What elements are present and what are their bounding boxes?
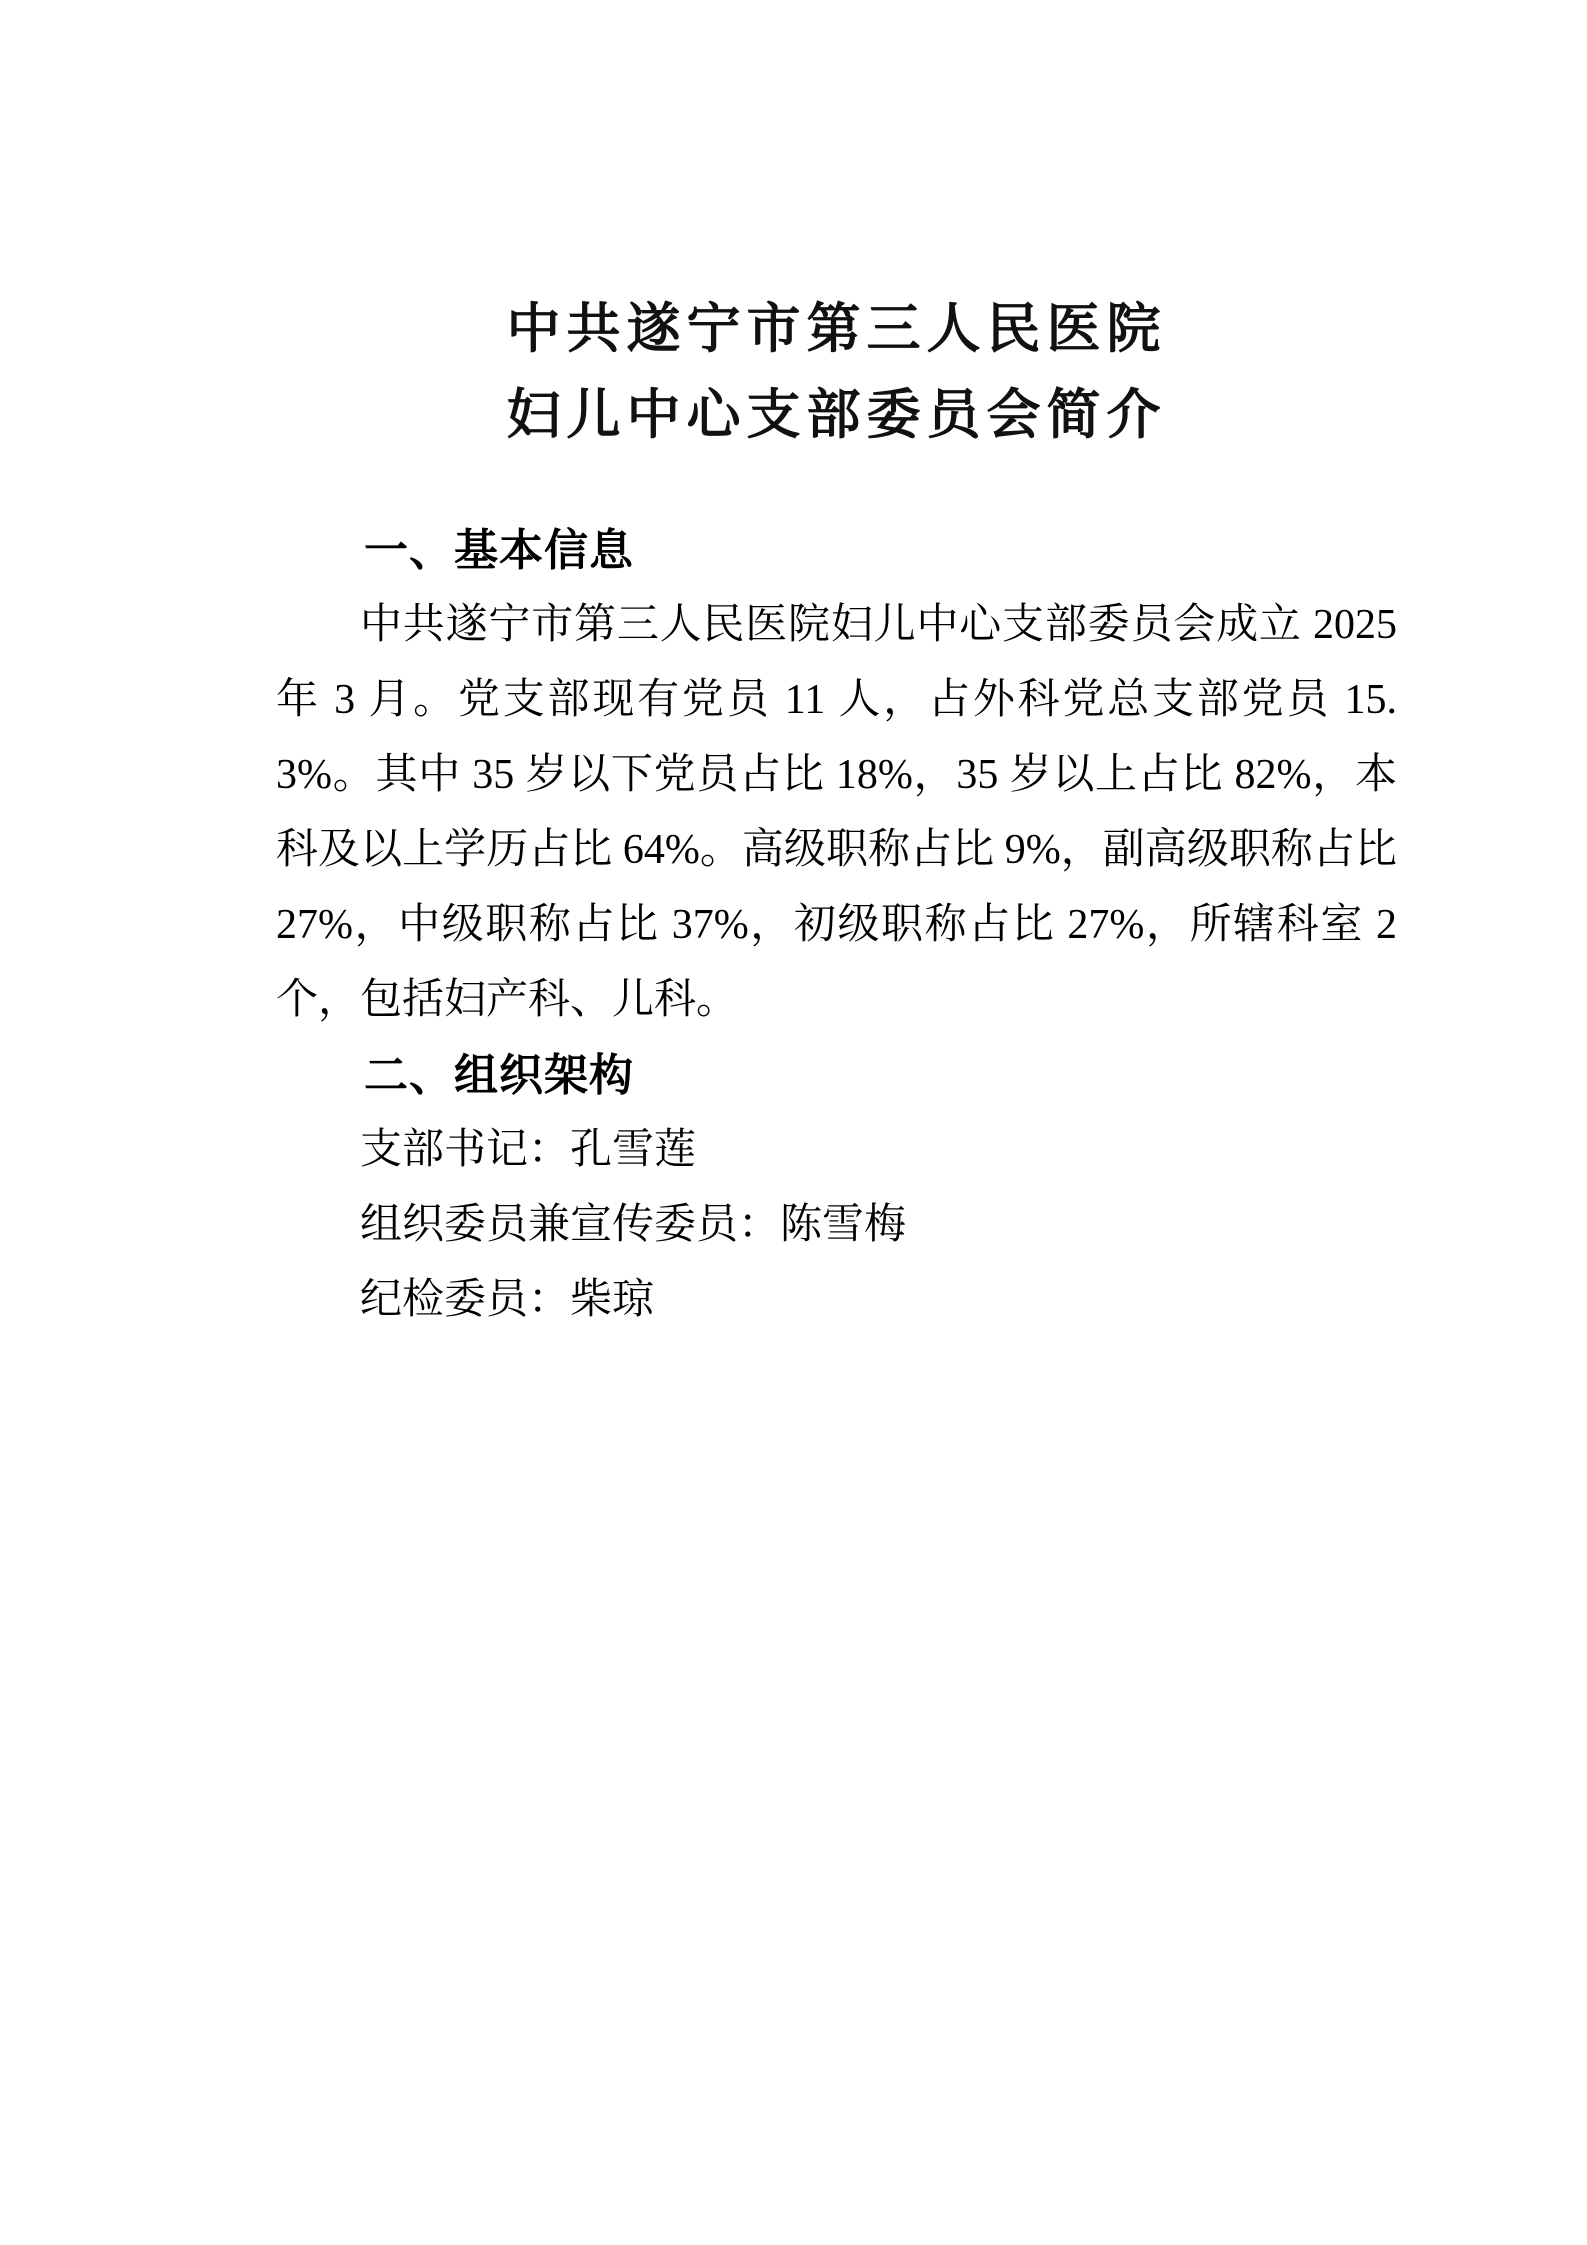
org-line-discipline-inspection-member: 纪检委员：柴琼	[276, 1263, 1397, 1338]
section-basic-info-paragraph: 中共遂宁市第三人民医院妇儿中心支部委员会成立 2025 年 3 月。党支部现有党…	[276, 588, 1397, 1038]
document-page: 中共遂宁市第三人民医院 妇儿中心支部委员会简介 一、基本信息 中共遂宁市第三人民…	[0, 0, 1587, 2245]
document-title: 中共遂宁市第三人民医院 妇儿中心支部委员会简介	[276, 285, 1397, 457]
title-line-2: 妇儿中心支部委员会简介	[276, 371, 1397, 457]
org-line-branch-secretary: 支部书记：孔雪莲	[276, 1113, 1397, 1188]
org-line-organization-publicity-member: 组织委员兼宣传委员：陈雪梅	[276, 1188, 1397, 1263]
section-org-structure-heading: 二、组织架构	[276, 1038, 1397, 1113]
title-line-1: 中共遂宁市第三人民医院	[276, 285, 1397, 371]
section-basic-info-heading: 一、基本信息	[276, 513, 1397, 588]
